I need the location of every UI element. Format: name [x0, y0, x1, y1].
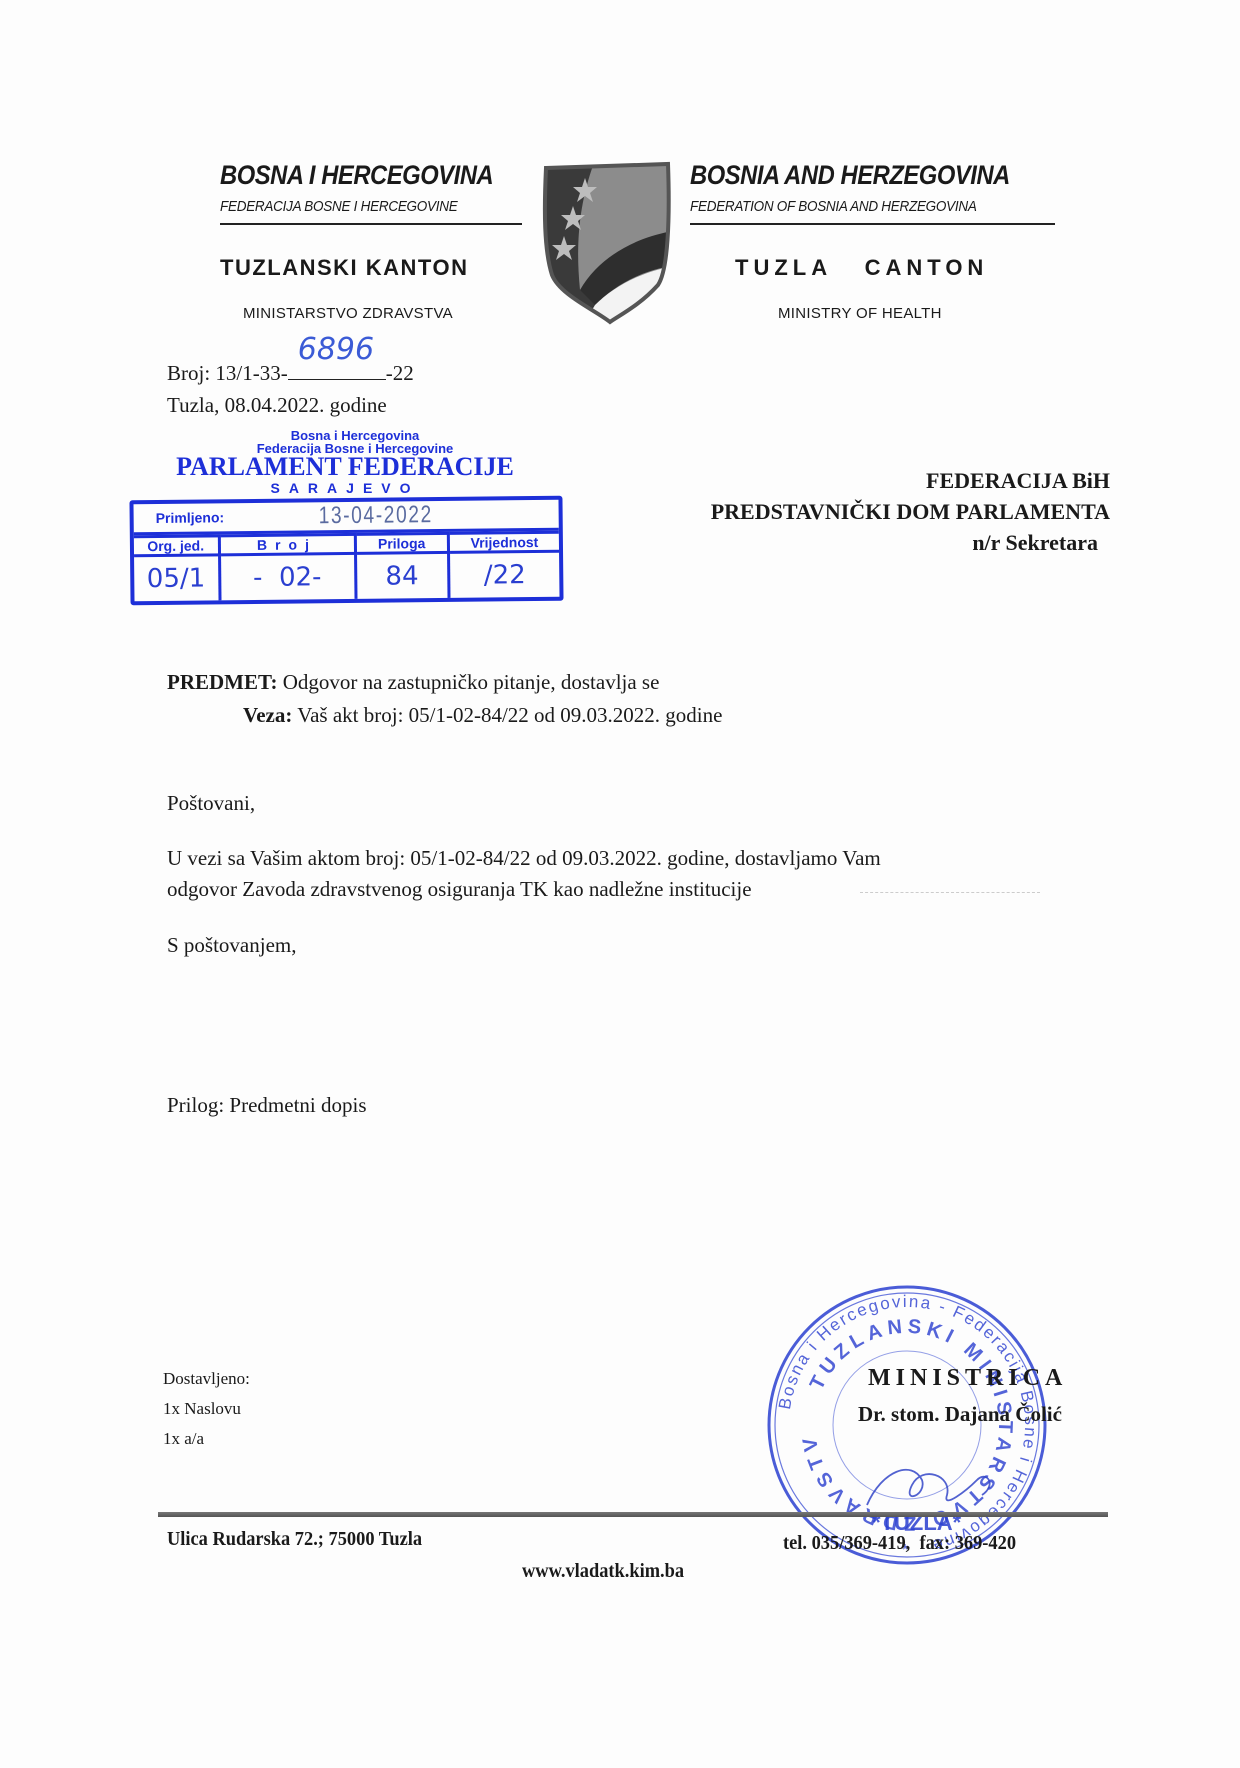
faint-dashed-line [860, 892, 1040, 893]
body-paragraph-line-1: U vezi sa Vašim aktom broj: 05/1-02-84/2… [167, 843, 881, 873]
signature-title: MINISTRICA [868, 1365, 1067, 1392]
subject-reference-text: Vaš akt broj: 05/1-02-84/22 od 09.03.202… [297, 703, 722, 727]
subject-reference: Veza: Vaš akt broj: 05/1-02-84/22 od 09.… [243, 700, 722, 730]
stamp-col-priloga: Priloga [355, 533, 449, 553]
header-rule-right [690, 223, 1055, 225]
reference-number-prefix: Broj: 13/1-33- [167, 361, 288, 385]
footer-website[interactable]: www.vladatk.kim.ba [522, 1560, 684, 1583]
handwritten-number: 6896 [298, 335, 374, 365]
greeting: Poštovani, [167, 788, 255, 818]
stamp-received-label: Primljeno: [156, 509, 225, 526]
reference-number-handwritten: 6896 [288, 357, 386, 380]
signature-name: Dr. stom. Dajana Čolić [858, 1402, 1062, 1427]
recipient-line-1: FEDERACIJA BiH [600, 465, 1110, 496]
stamp-line-parliament: PARLAMENT FEDERACIJE [130, 454, 560, 480]
stamp-col-org: Org. jed. [134, 536, 219, 556]
body-paragraph-line-2: odgovor Zavoda zdravstvenog osiguranja T… [167, 874, 752, 904]
attachment: Prilog: Predmetni dopis [167, 1090, 367, 1120]
header-ministry-bs: MINISTARSTVO ZDRAVSTVA [243, 305, 453, 322]
header-rule-left [220, 223, 522, 225]
stamp-value-broj: - 02- [219, 553, 355, 600]
recipient-block: FEDERACIJA BiH PREDSTAVNIČKI DOM PARLAME… [600, 465, 1110, 558]
reference-number: Broj: 13/1-33-6896-22 [167, 357, 414, 388]
header-ministry-en: MINISTRY OF HEALTH [778, 305, 942, 322]
received-stamp: Bosna i Hercegovina Federacija Bosne i H… [130, 428, 560, 603]
footer-phone-fax: tel. 035/369-419, fax: 369-420 [783, 1532, 1016, 1555]
header-country-en: BOSNIA AND HERZEGOVINA [690, 160, 1010, 191]
subject-line: PREDMET: Odgovor na zastupničko pitanje,… [167, 667, 659, 697]
stamp-col-vrijednost: Vrijednost [448, 532, 559, 552]
recipient-line-2: PREDSTAVNIČKI DOM PARLAMENTA [600, 496, 1110, 527]
reference-number-suffix: -22 [386, 361, 414, 385]
place-date: Tuzla, 08.04.2022. godine [167, 390, 387, 420]
subject-text: Odgovor na zastupničko pitanje, dostavlj… [283, 670, 660, 694]
subject-label: PREDMET: [167, 670, 277, 694]
delivered-block: Dostavljeno: 1x Naslovu 1x a/a [163, 1364, 250, 1454]
stamp-table: Org. jed. Broj Priloga Vrijednost 05/1 -… [134, 531, 560, 601]
stamp-value-org: 05/1 [134, 555, 219, 601]
stamp-value-priloga: 84 [355, 552, 449, 598]
delivered-item: 1x a/a [163, 1424, 250, 1454]
delivered-label: Dostavljeno: [163, 1364, 250, 1394]
header-canton-en: TUZLA CANTON [735, 255, 988, 281]
closing: S poštovanjem, [167, 930, 297, 960]
header-federation-bs: FEDERACIJA BOSNE I HERCEGOVINE [220, 198, 457, 215]
delivered-item: 1x Naslovu [163, 1394, 250, 1424]
coat-of-arms-icon [540, 160, 675, 325]
footer-address: Ulica Rudarska 72.; 75000 Tuzla [167, 1528, 422, 1551]
header-federation-en: FEDERATION OF BOSNIA AND HERZEGOVINA [690, 198, 977, 215]
stamp-line-city: SARAJEVO [130, 480, 560, 496]
footer-rule [158, 1512, 1108, 1517]
stamp-value-vrijednost: /22 [449, 551, 560, 598]
recipient-line-3: n/r Sekretara [600, 527, 1098, 558]
stamp-col-broj: Broj [219, 534, 355, 554]
stamp-received-row: Primljeno: 13-04-2022 [134, 500, 559, 535]
stamp-received-date: 13-04-2022 [318, 501, 432, 530]
stamp-box: Primljeno: 13-04-2022 Org. jed. Broj Pri… [129, 496, 563, 606]
subject-reference-label: Veza: [243, 703, 292, 727]
header-canton-bs: TUZLANSKI KANTON [220, 255, 468, 281]
header-country-bs: BOSNA I HERCEGOVINA [220, 160, 493, 191]
